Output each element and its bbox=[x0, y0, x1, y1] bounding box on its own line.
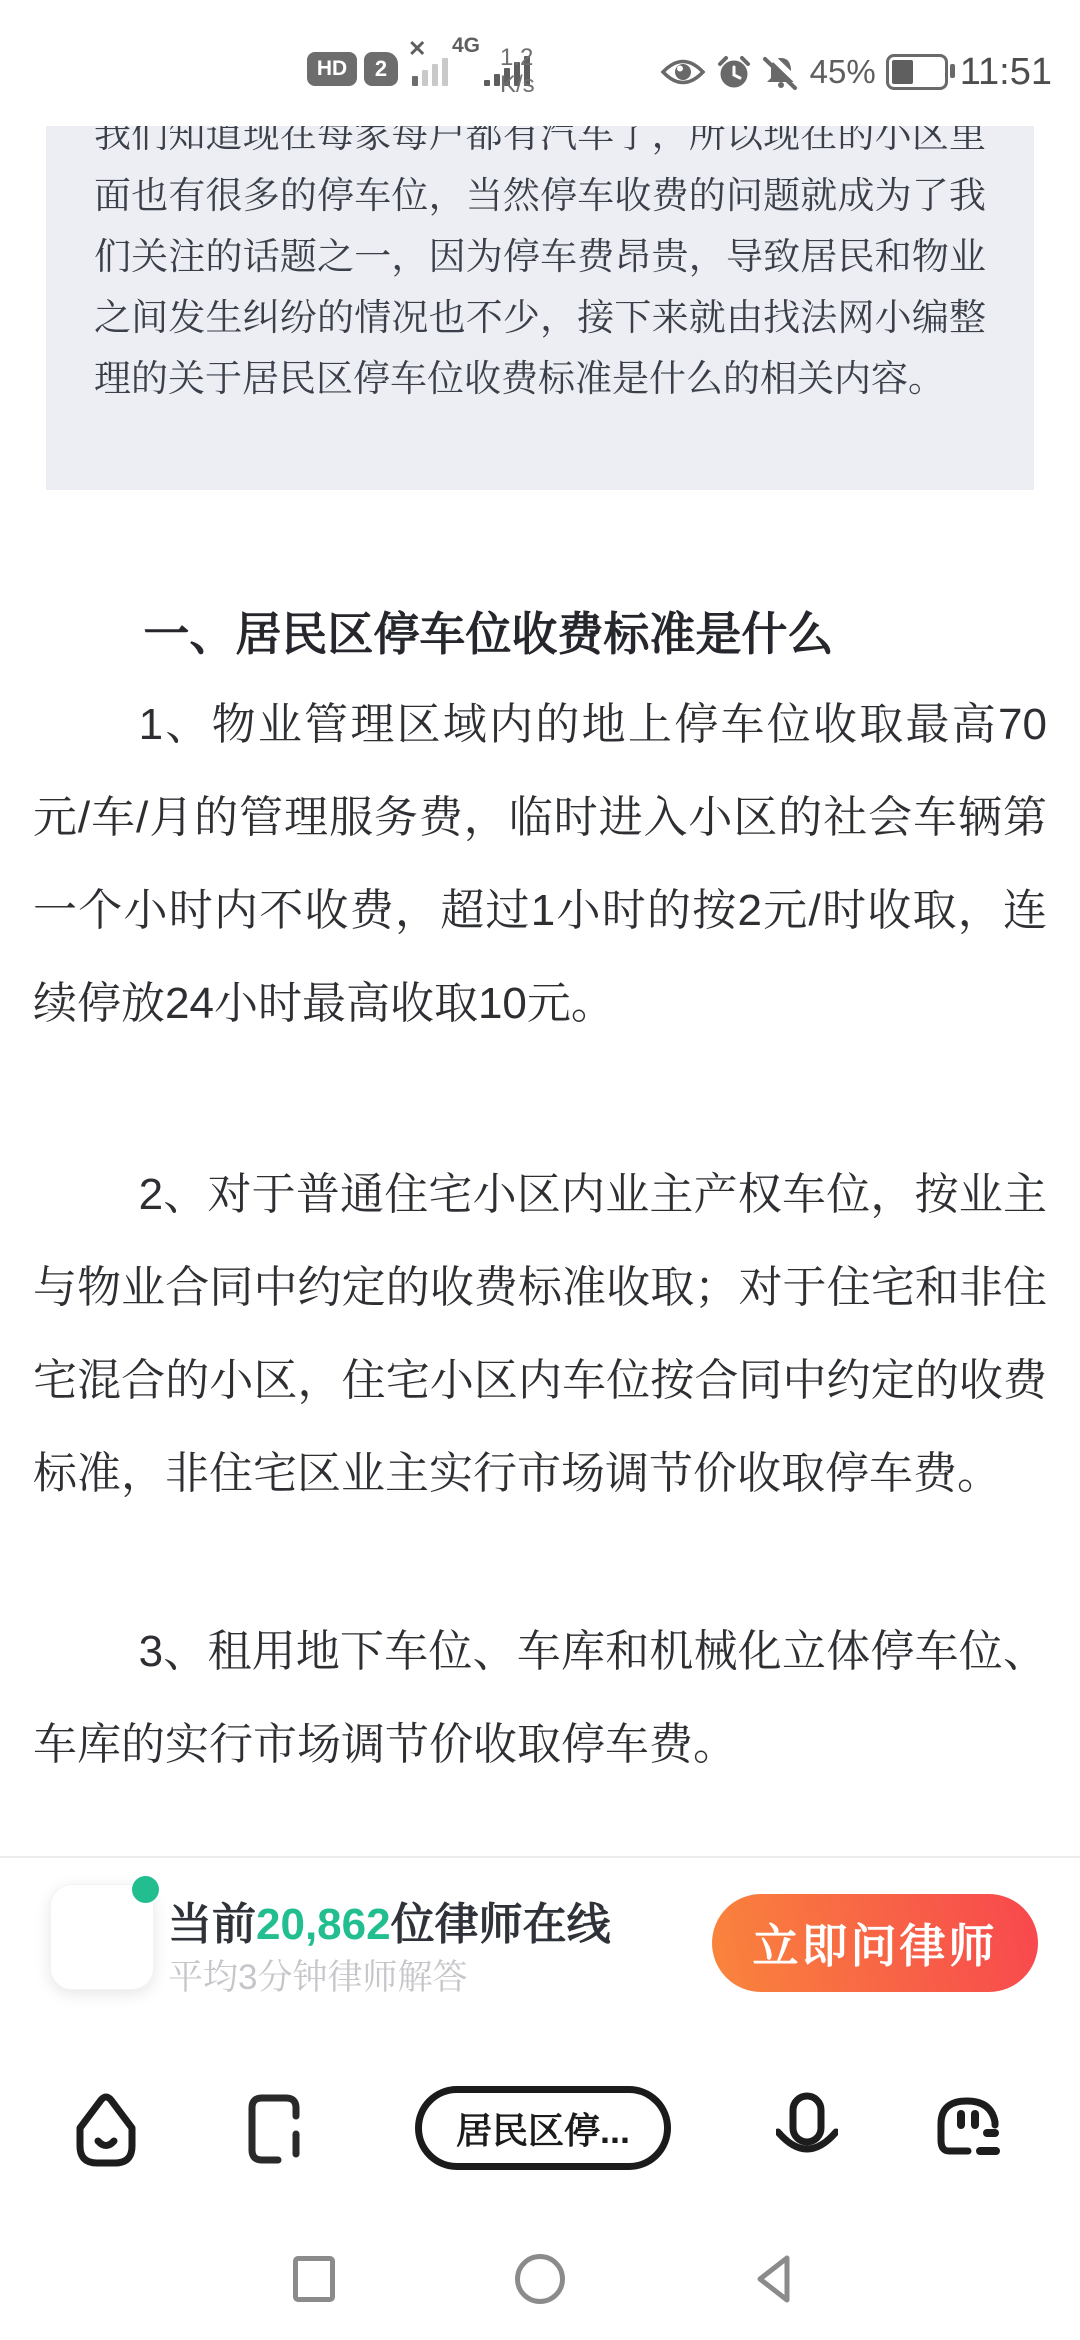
bottom-bar-area: 当前20,862位律师在线 平均3分钟律师解答 立即问律师 居民区停... bbox=[0, 1856, 1080, 2340]
article-paragraph: 2、对于普通住宅小区内业主产权车位，按业主与物业合同中约定的收费标准收取；对于住… bbox=[33, 1148, 1047, 1520]
intro-quote-block: 我们知道现在每家每户都有汽车了，所以现在的小区里面也有很多的停车位，当然停车收费… bbox=[46, 126, 1034, 490]
online-status-dot bbox=[132, 1876, 159, 1903]
search-pill-label: 居民区停... bbox=[456, 2103, 630, 2154]
status-bar: HD 2 ✕ 4G 1.2 K/s bbox=[0, 0, 1080, 100]
recents-square-icon[interactable] bbox=[293, 2256, 335, 2302]
microphone-icon[interactable] bbox=[776, 2092, 838, 2162]
article-paragraph: 3、租用地下车位、车库和机械化立体停车位、车库的实行市场调节价收取停车费。 bbox=[33, 1605, 1047, 1791]
lawyers-online-text: 当前20,862位律师在线 bbox=[168, 1888, 611, 1952]
search-pill[interactable]: 居民区停... bbox=[415, 2086, 671, 2170]
alarm-clock-icon bbox=[716, 54, 752, 90]
articles-icon[interactable] bbox=[246, 2092, 302, 2168]
customer-service-icon[interactable] bbox=[934, 2094, 1004, 2156]
online-suffix: 位律师在线 bbox=[391, 1900, 611, 1949]
network-4g-label: 4G bbox=[452, 34, 480, 58]
battery-percent: 45% bbox=[810, 53, 876, 91]
hd-badge: HD bbox=[307, 52, 357, 86]
bell-muted-icon bbox=[762, 53, 800, 91]
section-heading: 一、居民区停车位收费标准是什么 bbox=[33, 602, 1047, 666]
back-triangle-icon[interactable] bbox=[751, 2252, 799, 2306]
online-prefix: 当前 bbox=[168, 1900, 256, 1949]
banner-subtitle: 平均3分钟律师解答 bbox=[168, 1950, 467, 2000]
online-count: 20,862 bbox=[256, 1900, 391, 1949]
battery-icon bbox=[886, 54, 948, 90]
network-speed: 1.2 K/s bbox=[500, 44, 535, 98]
intro-text: 我们知道现在每家每户都有汽车了，所以现在的小区里面也有很多的停车位，当然停车收费… bbox=[94, 126, 986, 409]
article-body: 一、居民区停车位收费标准是什么 1、物业管理区域内的地上停车位收取最高70元/车… bbox=[33, 490, 1047, 1791]
home-circle-icon[interactable] bbox=[515, 2254, 565, 2304]
article-paragraph: 1、物业管理区域内的地上停车位收取最高70元/车/月的管理服务费，临时进入小区的… bbox=[33, 678, 1047, 1050]
speed-unit: K/s bbox=[500, 71, 535, 98]
phone-screen: HD 2 ✕ 4G 1.2 K/s bbox=[0, 0, 1080, 2340]
eye-comfort-icon bbox=[660, 56, 706, 88]
home-icon[interactable] bbox=[72, 2090, 140, 2170]
speed-value: 1.2 bbox=[500, 44, 535, 71]
sim2-badge: 2 bbox=[364, 52, 398, 86]
ask-lawyer-button[interactable]: 立即问律师 bbox=[712, 1894, 1038, 1992]
clock-time: 11:51 bbox=[960, 51, 1052, 94]
